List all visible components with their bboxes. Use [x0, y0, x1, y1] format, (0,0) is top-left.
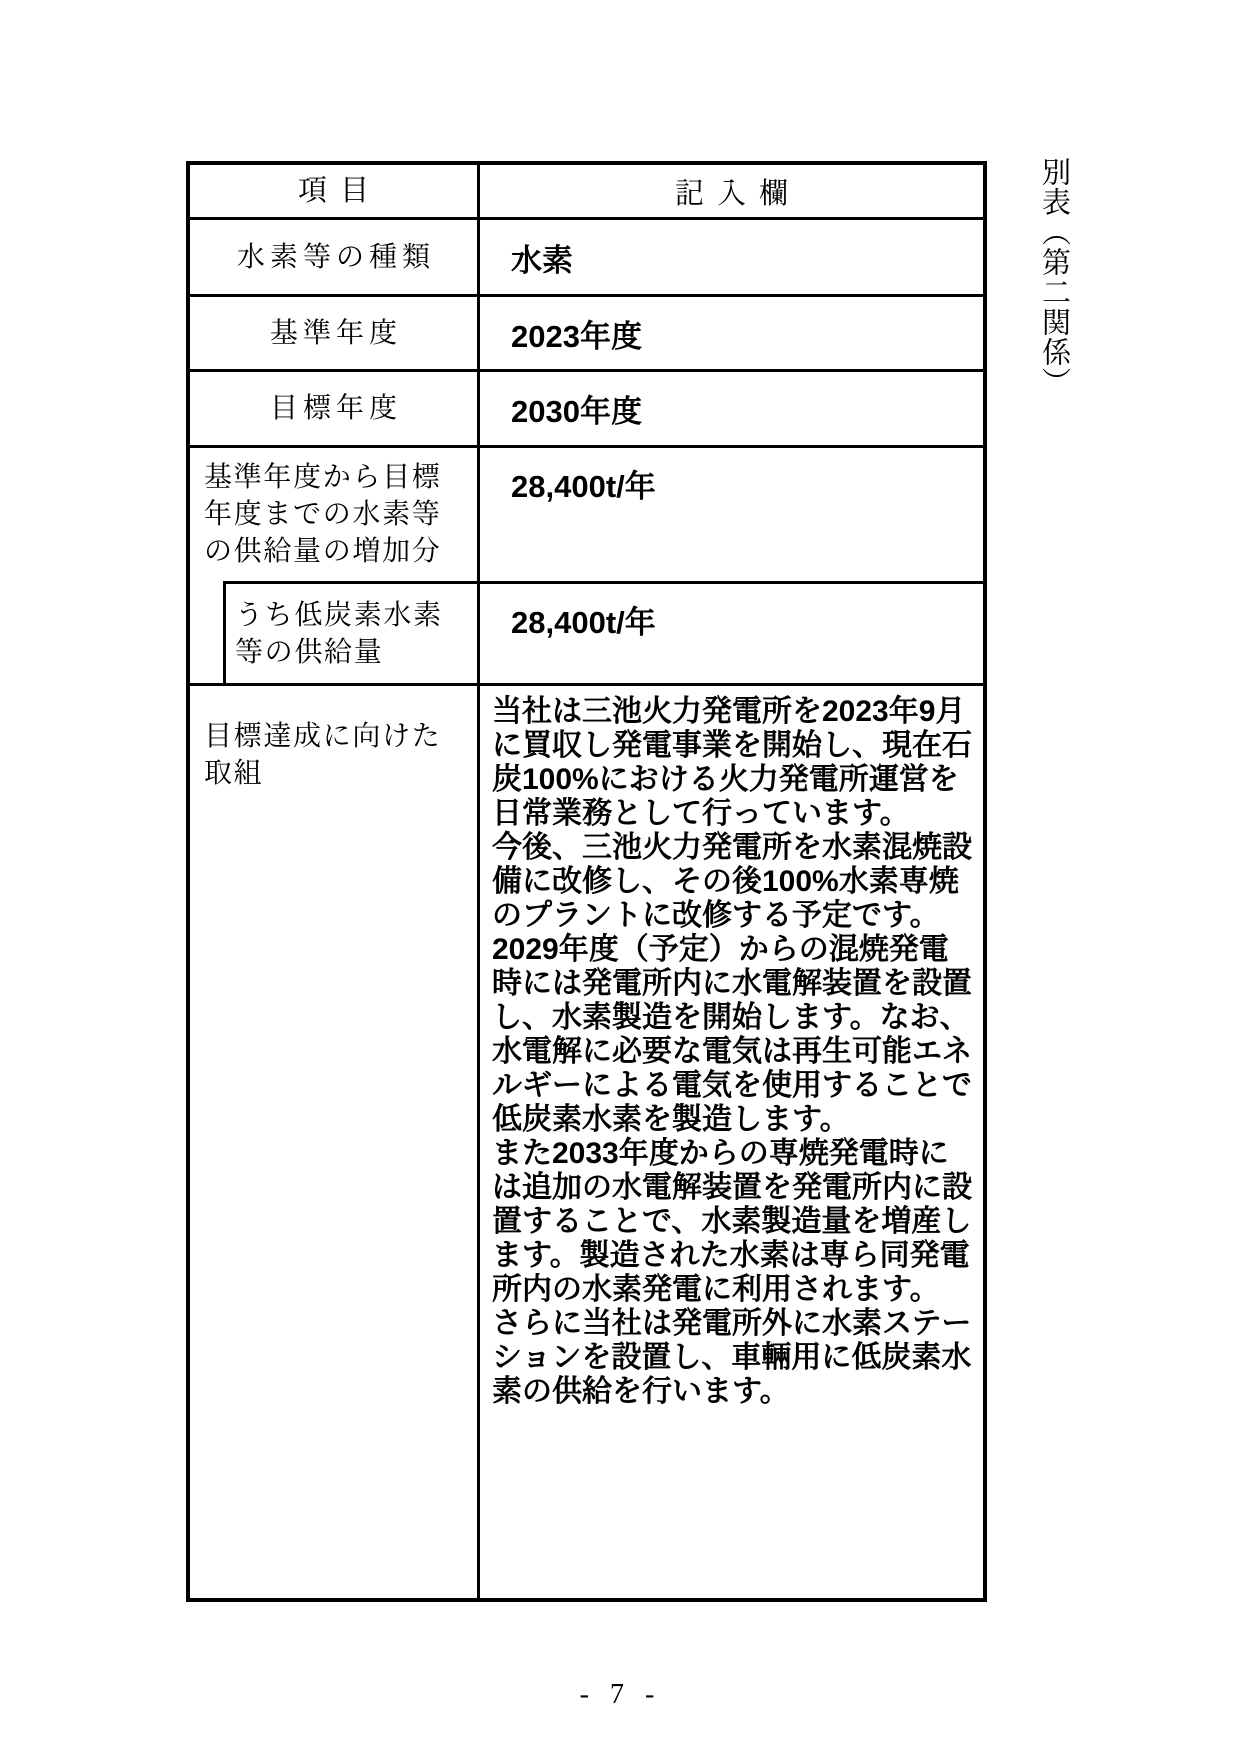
page-number: - 7 -	[0, 1679, 1241, 1711]
row-hydrogen-type: 水素等の種類 水素	[190, 217, 983, 294]
row-initiatives: 目標達成に向けた 取組 当社は三池火力発電所を2023年9月に買収し発電事業を開…	[190, 683, 983, 1598]
initiatives-paragraph: 2029年度（予定）からの混焼発電時には発電所内に水電解装置を設置し、水素製造を…	[492, 933, 978, 1137]
table-header-row: 項目 記入欄	[190, 165, 983, 217]
row-target-year-label: 目標年度	[190, 372, 477, 445]
row-low-carbon-supply-label: うち低炭素水素 等の供給量	[223, 581, 477, 683]
label-line: 基準年度から目標	[204, 459, 477, 496]
row-low-carbon-supply-value: 28,400t/年	[477, 581, 983, 683]
row-base-year-label: 基準年度	[190, 297, 477, 369]
row-target-year-value: 2030年度	[477, 372, 983, 445]
row-supply-increase-label: 基準年度から目標 年度までの水素等 の供給量の増加分	[190, 448, 477, 581]
header-item-cell: 項目	[190, 165, 477, 217]
side-note-vertical-text: 別表（第二関係）	[1036, 157, 1072, 457]
initiatives-paragraph: 今後、三池火力発電所を水素混焼設備に改修し、その後100%水素専焼のプラントに改…	[492, 831, 978, 933]
sub-row-indent-spacer	[190, 581, 223, 683]
row-supply-increase: 基準年度から目標 年度までの水素等 の供給量の増加分 28,400t/年	[190, 445, 983, 581]
label-line: 等の供給量	[235, 634, 477, 671]
row-initiatives-label: 目標達成に向けた 取組	[190, 686, 477, 1598]
initiatives-paragraph: さらに当社は発電所外に水素ステーションを設置し、車輛用に低炭素水素の供給を行いま…	[492, 1307, 978, 1409]
document-page: 別表（第二関係） 項目 記入欄 水素等の種類 水素 基準年度 2023年度 目標…	[0, 0, 1241, 1754]
row-base-year-value: 2023年度	[477, 297, 983, 369]
hydrogen-supply-form-table: 項目 記入欄 水素等の種類 水素 基準年度 2023年度 目標年度 2030年度…	[186, 161, 987, 1602]
label-line: うち低炭素水素	[235, 597, 477, 634]
row-initiatives-value: 当社は三池火力発電所を2023年9月に買収し発電事業を開始し、現在石炭100%に…	[477, 686, 983, 1598]
label-line: の供給量の増加分	[204, 533, 477, 570]
row-target-year: 目標年度 2030年度	[190, 369, 983, 445]
initiatives-paragraph: 当社は三池火力発電所を2023年9月に買収し発電事業を開始し、現在石炭100%に…	[492, 695, 978, 831]
row-supply-increase-value: 28,400t/年	[477, 448, 983, 581]
label-line: 取組	[204, 755, 477, 792]
header-entry-cell: 記入欄	[477, 165, 983, 217]
label-line: 目標達成に向けた	[204, 718, 477, 755]
row-base-year: 基準年度 2023年度	[190, 294, 983, 369]
row-hydrogen-type-label: 水素等の種類	[190, 220, 477, 294]
initiatives-paragraph: また2033年度からの専焼発電時には追加の水電解装置を発電所内に設置することで、…	[492, 1137, 978, 1307]
label-line: 年度までの水素等	[204, 496, 477, 533]
row-hydrogen-type-value: 水素	[477, 220, 983, 294]
row-low-carbon-supply: うち低炭素水素 等の供給量 28,400t/年	[190, 581, 983, 683]
